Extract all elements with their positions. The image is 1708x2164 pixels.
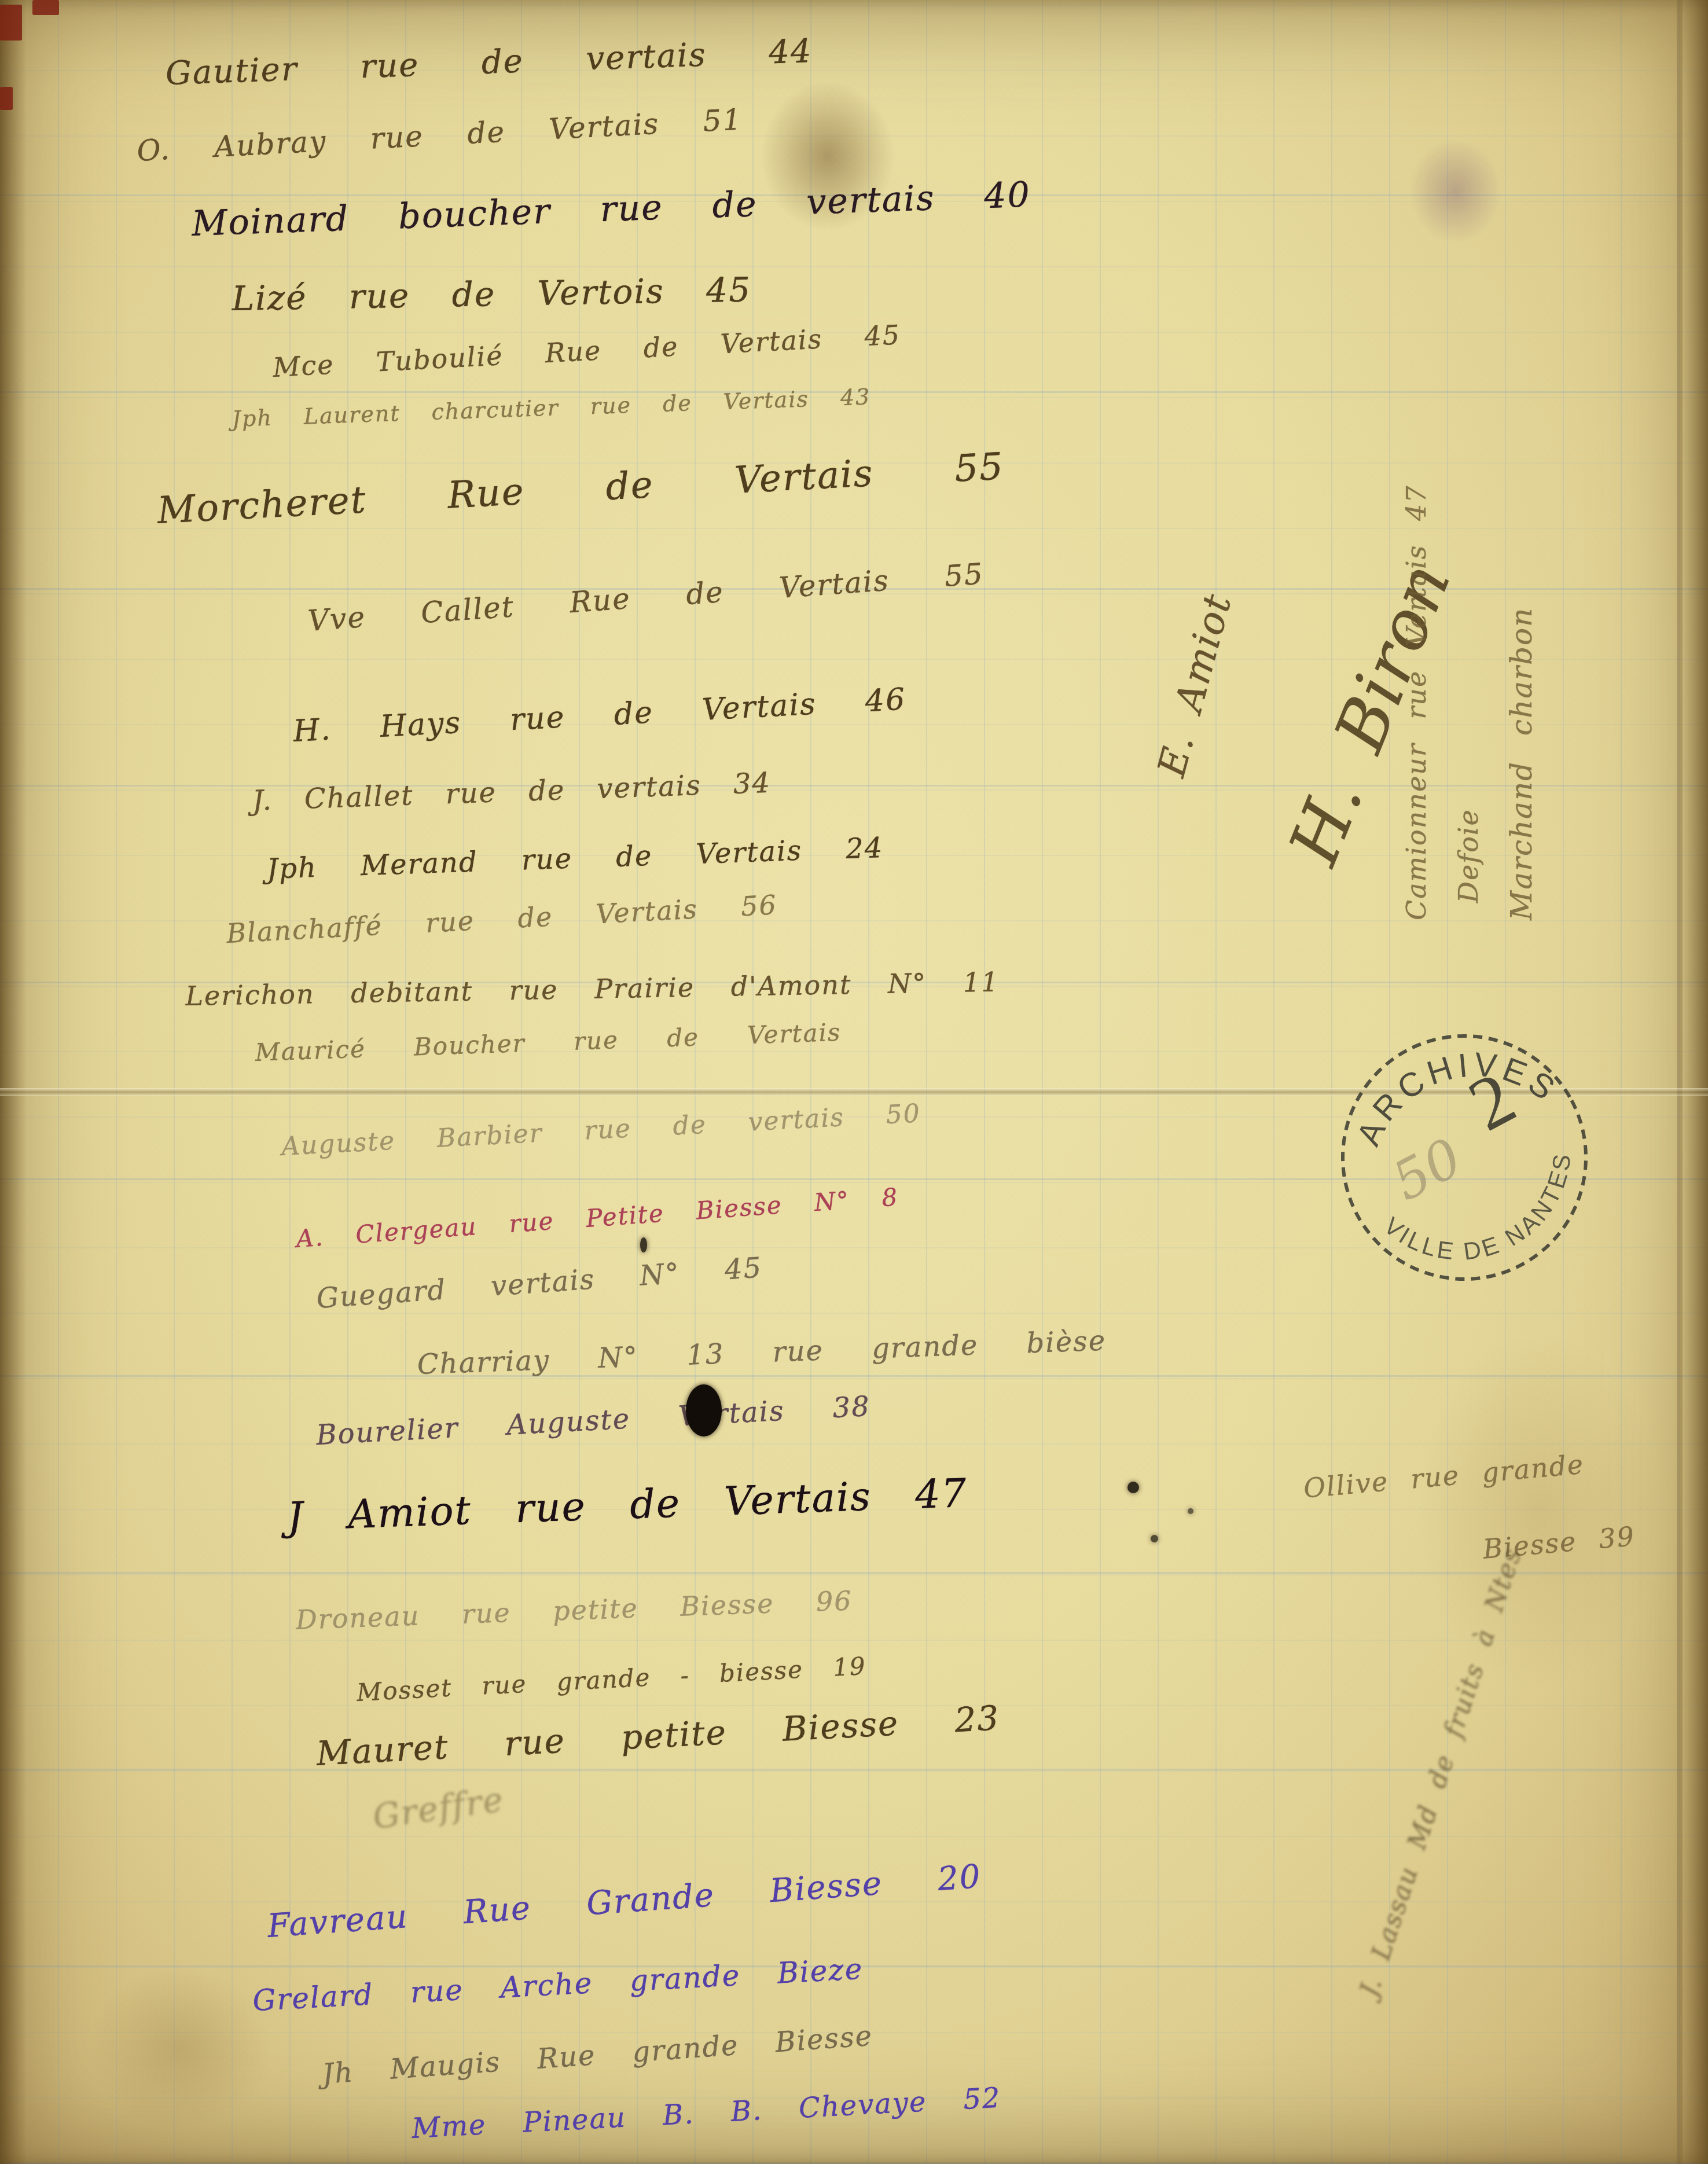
entry-morcheret: Morcheret Rue de Vertais 55 bbox=[156, 445, 1005, 532]
note-defoie: Defoie bbox=[1453, 809, 1484, 903]
red-corner-mark bbox=[0, 5, 22, 41]
stamp-border-circle bbox=[1300, 993, 1629, 1322]
right-edge-shadow bbox=[1683, 0, 1708, 2164]
entry-gautier: Gautier rue de vertais 44 bbox=[165, 32, 813, 93]
left-edge-shadow bbox=[0, 0, 27, 2164]
document-page: Gautier rue de vertais 44 O. Aubray rue … bbox=[0, 0, 1708, 2164]
purple-smudge-stain bbox=[1389, 116, 1522, 266]
entry-grelard: Grelard rue Arche grande Bieze bbox=[252, 1952, 864, 2018]
entry-hays: H. Hays rue de Vertais 46 bbox=[292, 682, 907, 749]
note-ollive-line1: Ollive rue grande bbox=[1302, 1449, 1585, 1504]
entry-clergeau: A. Clergeau rue Petite Biesse N° 8 bbox=[295, 1182, 899, 1253]
entry-lize: Lizé rue de Vertois 45 bbox=[232, 270, 752, 318]
water-stain bbox=[1378, 1273, 1702, 1748]
entry-blanchaffe: Blanchaffé rue de Vertais 56 bbox=[226, 889, 778, 949]
entry-aubray: O. Aubray rue de Vertais 51 bbox=[136, 102, 743, 168]
entry-callet: Vve Callet Rue de Vertais 55 bbox=[307, 557, 985, 638]
entry-laurent: Jph Laurent charcutier rue de Vertais 43 bbox=[232, 384, 871, 432]
entry-challet: J. Challet rue de vertais 34 bbox=[252, 767, 772, 817]
stamp-manuscript-number: 50 bbox=[1383, 1126, 1472, 1213]
ink-splatter-dot bbox=[1151, 1535, 1158, 1542]
entry-barbier: Auguste Barbier rue de vertais 50 bbox=[281, 1098, 921, 1162]
ink-splatter-dot bbox=[1188, 1508, 1193, 1514]
entry-guegard: Guegard vertais N° 45 bbox=[315, 1251, 763, 1315]
entry-maugis: Jh Maugis Rue grande Biesse bbox=[321, 2020, 874, 2090]
entry-droneau: Droneau rue petite Biesse 96 bbox=[295, 1585, 853, 1636]
note-camionneur: Camionneur rue Vertais 47 bbox=[1401, 485, 1432, 920]
entry-moinard: Moinard boucher rue de vertais 40 bbox=[191, 174, 1031, 244]
signature-e-amiot: E. Amiot bbox=[1149, 589, 1240, 781]
ink-blot-stain bbox=[735, 52, 920, 260]
entry-mauret: Mauret rue petite Biesse 23 bbox=[315, 1698, 1001, 1773]
bottom-left-stain bbox=[58, 1939, 301, 2159]
red-edge-mark bbox=[0, 87, 13, 110]
entry-tuboulie: Mce Tuboulié Rue de Vertais 45 bbox=[272, 319, 901, 383]
note-marchand-charbon: Marchand charbon bbox=[1505, 607, 1538, 920]
ink-splatter-dot bbox=[1127, 1482, 1139, 1493]
entry-greffre: Greffre bbox=[370, 1779, 506, 1836]
red-top-mark bbox=[32, 0, 59, 15]
entry-bourelier: Bourelier Auguste Vertais 38 bbox=[315, 1390, 871, 1452]
entry-favreau: Favreau Rue Grande Biesse 20 bbox=[266, 1858, 983, 1945]
ink-hole bbox=[686, 1384, 722, 1436]
entry-mosset: Mosset rue grande - biesse 19 bbox=[356, 1652, 867, 1707]
entry-pineau: Mme Pineau B. B. Chevaye 52 bbox=[411, 2082, 1002, 2145]
entry-lerichon: Lerichon debitant rue Prairie d'Amont N°… bbox=[185, 966, 1000, 1012]
entry-amiot: J Amiot rue de Vertais 47 bbox=[286, 1471, 968, 1540]
right-edge-crease bbox=[1677, 0, 1683, 2164]
entry-maurice: Mauricé Boucher rue de Vertais bbox=[255, 1018, 842, 1067]
signature-h-biron: H. Biron bbox=[1273, 551, 1466, 875]
note-lassau: J. Lassau Md de fruits à Ntes bbox=[1354, 1544, 1527, 2000]
archives-nantes-stamp: ARCHIVES VILLE DE NANTES 2 50 bbox=[1280, 973, 1648, 1342]
entry-merand: Jph Merand rue de Vertais 24 bbox=[266, 832, 884, 886]
fold-ink-speck bbox=[640, 1237, 647, 1252]
entry-charriay: Charriay N° 13 rue grande bièse bbox=[417, 1324, 1107, 1381]
